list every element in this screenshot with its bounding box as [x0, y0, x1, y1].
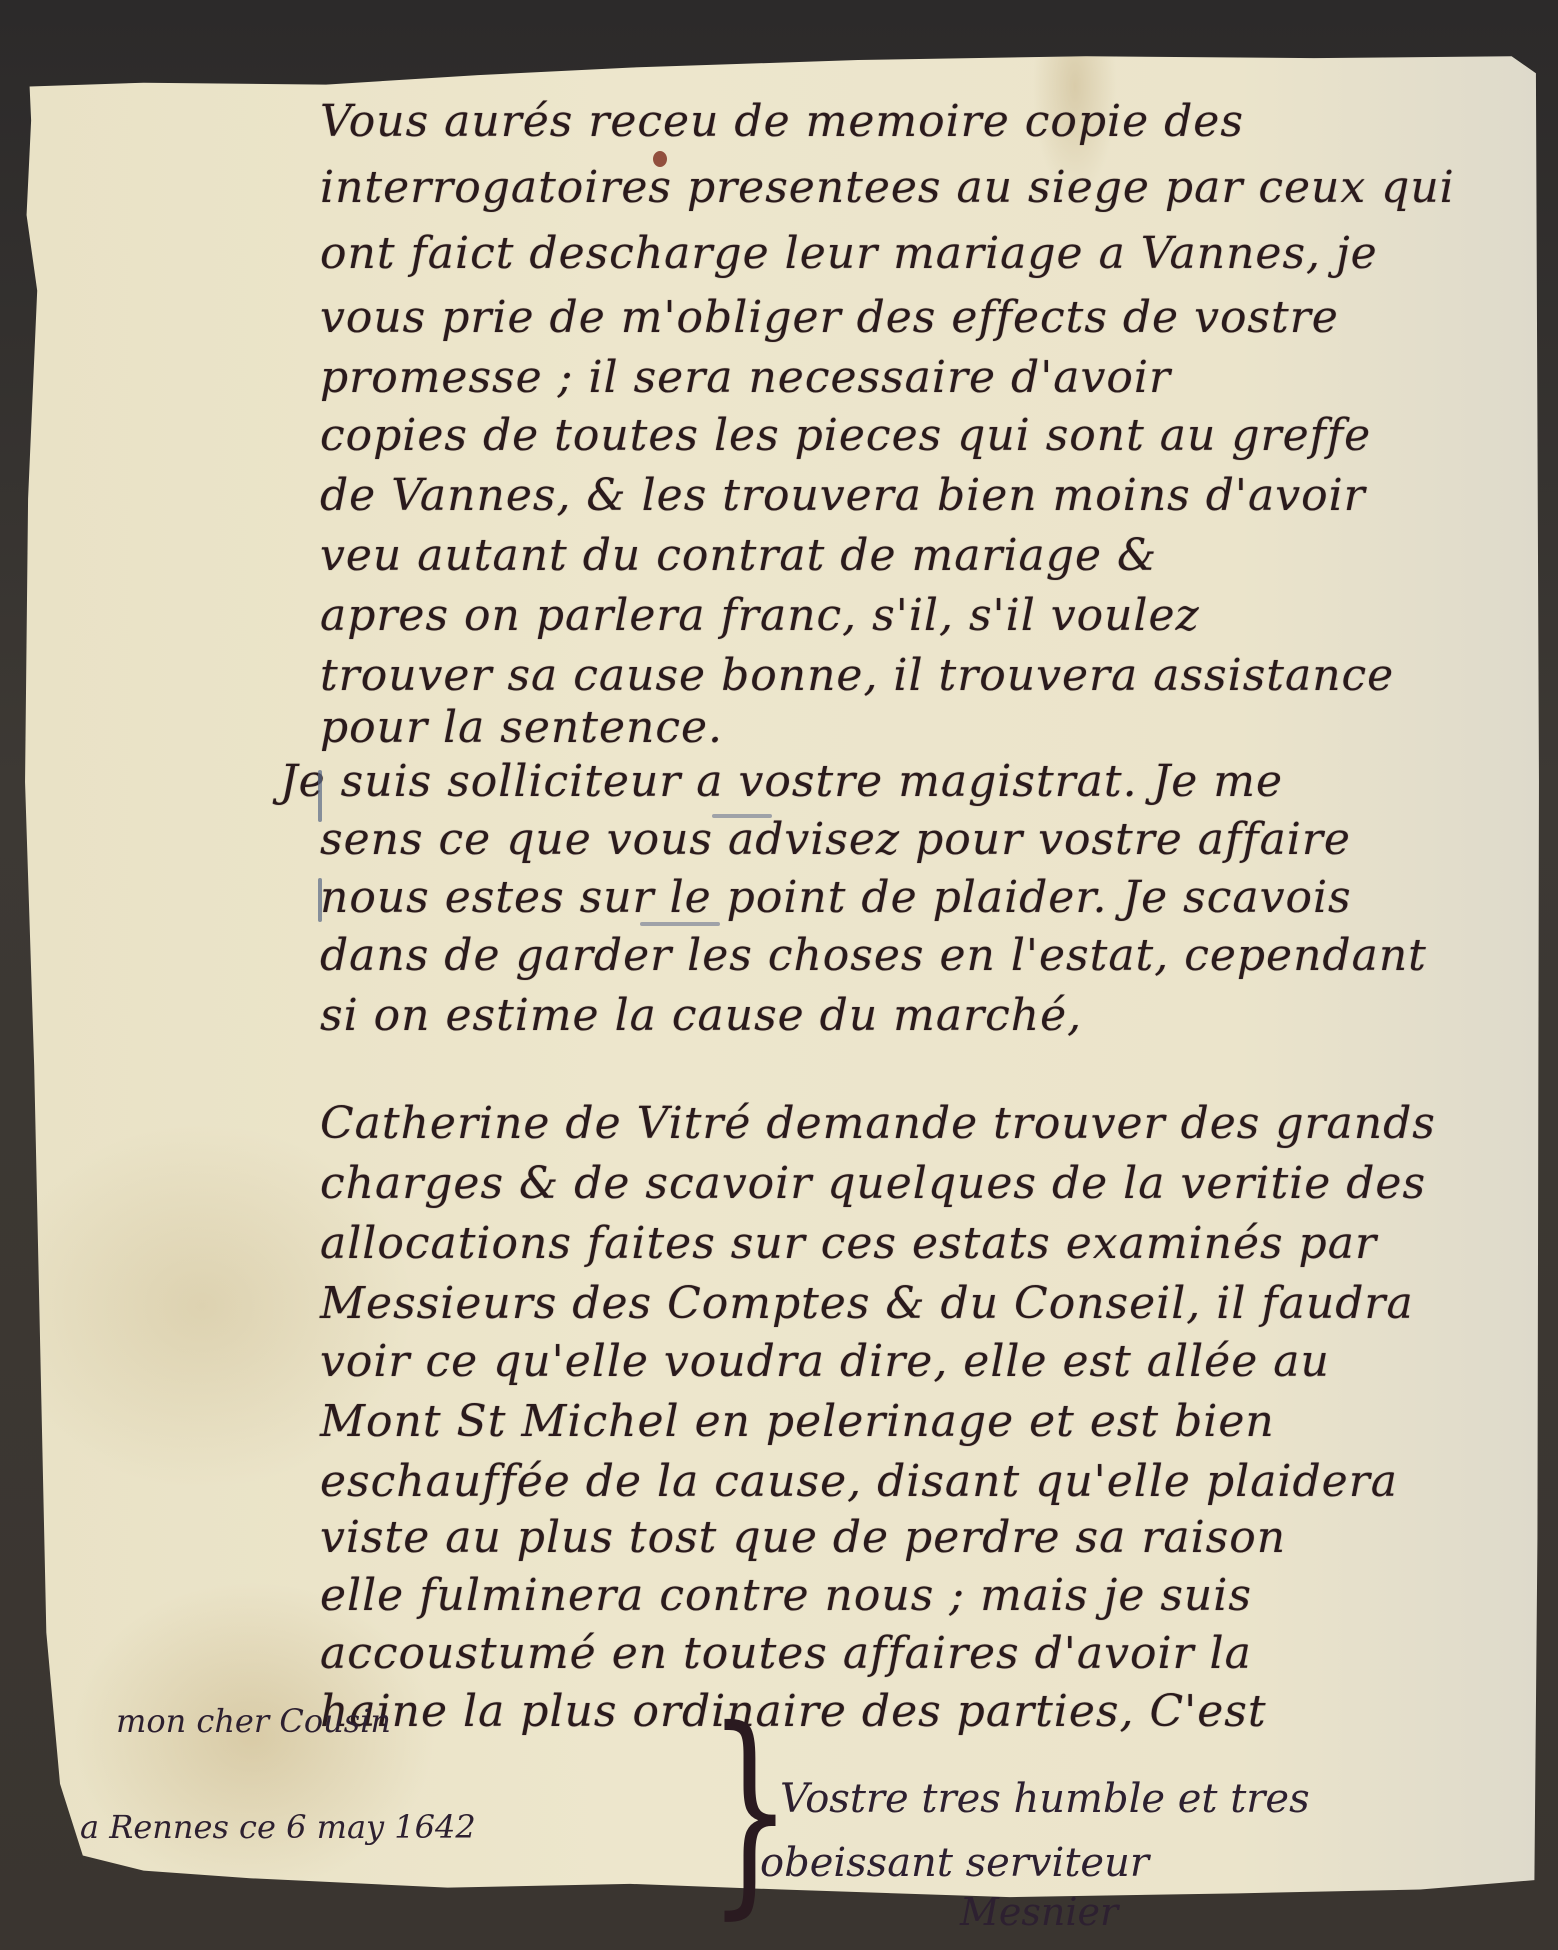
letter-line: ont faict descharge leur mariage a Vanne… — [320, 228, 1378, 279]
letter-line: allocations faites sur ces estats examin… — [320, 1218, 1377, 1269]
letter-line: interrogatoires presentees au siege par … — [320, 162, 1455, 213]
letter-line: haine la plus ordinaire des parties, C'e… — [320, 1686, 1267, 1737]
letter-line: copies de toutes les pieces qui sont au … — [320, 410, 1371, 461]
letter-line: de Vannes, & les trouvera bien moins d'a… — [320, 470, 1366, 521]
letter-line: viste au plus tost que de perdre sa rais… — [320, 1512, 1286, 1563]
blue-underline — [712, 814, 772, 818]
signature: Mesnier — [960, 1890, 1118, 1934]
salutation-line: obeissant serviteur — [760, 1840, 1149, 1886]
margin-mark — [318, 878, 322, 922]
letter-line: promesse ; il sera necessaire d'avoir — [320, 352, 1171, 403]
closing-address: mon cher Cousin — [116, 1702, 391, 1740]
letter-line: Mont St Michel en pelerinage et est bien — [320, 1396, 1275, 1447]
letter-line: apres on parlera franc, s'il, s'il voule… — [320, 590, 1200, 641]
letter-line: pour la sentence. — [320, 702, 723, 753]
letter-line: Catherine de Vitré demande trouver des g… — [320, 1098, 1436, 1149]
margin-mark — [318, 770, 322, 822]
blue-underline — [640, 922, 720, 926]
closing-date-place: a Rennes ce 6 may 1642 — [80, 1808, 476, 1846]
letter-line: veu autant du contrat de mariage & — [320, 530, 1157, 581]
letter-line: vous prie de m'obliger des effects de vo… — [320, 292, 1339, 343]
letter-line: voir ce qu'elle voudra dire, elle est al… — [320, 1336, 1330, 1387]
letter-line: sens ce que vous advisez pour vostre aff… — [320, 814, 1351, 865]
letter-line: charges & de scavoir quelques de la veri… — [320, 1158, 1426, 1209]
letter-line: accoustumé en toutes affaires d'avoir la — [320, 1628, 1252, 1679]
salutation-line: Vostre tres humble et tres — [780, 1776, 1310, 1822]
letter-line: dans de garder les choses en l'estat, ce… — [320, 930, 1427, 981]
letter-line: Je suis solliciteur a vostre magistrat. … — [280, 756, 1283, 807]
letter-line: eschauffée de la cause, disant qu'elle p… — [320, 1456, 1398, 1507]
letter-line: nous estes sur le point de plaider. Je s… — [320, 872, 1352, 923]
letter-line: Messieurs des Comptes & du Conseil, il f… — [320, 1278, 1414, 1329]
letter-line: Vous aurés receu de memoire copie des — [320, 96, 1244, 147]
letter-line: si on estime la cause du marché, — [320, 990, 1082, 1041]
letter-line: trouver sa cause bonne, il trouvera assi… — [320, 650, 1394, 701]
letter-line: elle fulminera contre nous ; mais je sui… — [320, 1570, 1252, 1621]
